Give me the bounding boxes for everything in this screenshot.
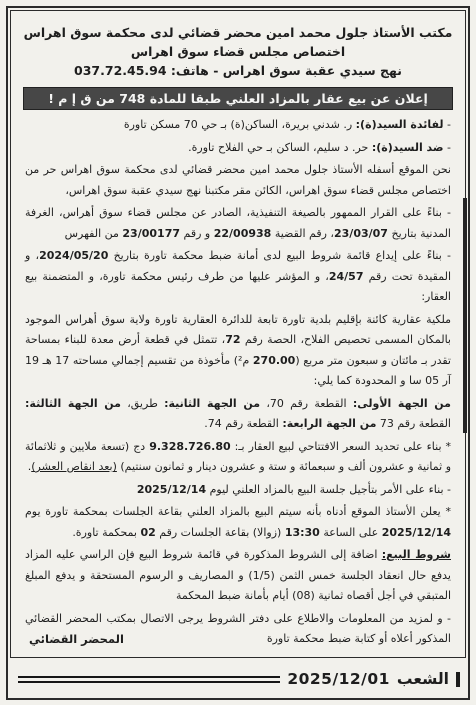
paragraph-bailiff-intro: نحن الموقع أسفله الأستاذ جلول محمد امين … xyxy=(25,160,451,201)
notice-body: - لفائدة السيد(ة): ر. شدني بريرة، الساكن… xyxy=(21,115,455,650)
outer-frame: مكتب الأستاذ جلول محمد امين محضر قضائي ل… xyxy=(6,6,470,700)
paragraph-judgment: - بناءً على القرار الممهور بالصيغة التنف… xyxy=(25,203,451,244)
paragraph-boundaries: من الجهة الأولى: القطعة رقم 70، من الجهة… xyxy=(25,394,451,435)
footer: الشعب 2025/12/01 xyxy=(18,668,460,690)
paragraph-opening-price: * بناء على تحديد السعر الافتتاحي لبيع ال… xyxy=(25,437,451,478)
scanned-legal-notice: { "colors": { "paper": "#f2f1ec", "ink":… xyxy=(0,0,476,705)
notice-title-banner: إعلان عن بيع عقار بالمزاد العلني طبقا لل… xyxy=(23,87,453,110)
scan-artifact-bar xyxy=(463,198,467,433)
paragraph-postponement-order: - بناء على الأمر بتأجيل جلسة البيع بالمز… xyxy=(25,480,451,501)
office-address-phone: نهج سيدي عقبة سوق اهراس - هاتف: 037.72.4… xyxy=(21,61,455,80)
paragraph-auction-announcement: * يعلن الأستاذ الموقع أدناه بأنه سيتم ال… xyxy=(25,502,451,543)
notice-header: مكتب الأستاذ جلول محمد امين محضر قضائي ل… xyxy=(21,23,455,80)
paragraph-defendant: - ضد السيد(ة): حر. د سليم، الساكن بـ حي … xyxy=(25,138,451,159)
publication-date: 2025/12/01 xyxy=(287,670,390,688)
paragraph-beneficiary: - لفائدة السيد(ة): ر. شدني بريرة، الساكن… xyxy=(25,115,451,136)
paragraph-property-description: ملكية عقارية كائنة بإقليم بلدية تاورة تا… xyxy=(25,310,451,392)
newspaper-name: الشعب xyxy=(397,670,449,688)
office-jurisdiction: اختصاص مجلس قضاء سوق اهراس xyxy=(21,42,455,61)
footer-double-rule xyxy=(18,676,280,683)
paragraph-conditions-deposit: - بناءً على إيداع قائمة شروط البيع لدى أ… xyxy=(25,246,451,308)
paragraph-sale-conditions: شروط البيع: اضافة إلى الشروط المذكورة في… xyxy=(25,545,451,607)
footer-corner-tick xyxy=(456,672,460,687)
office-title: مكتب الأستاذ جلول محمد امين محضر قضائي ل… xyxy=(21,23,455,42)
paper-background: مكتب الأستاذ جلول محمد امين محضر قضائي ل… xyxy=(0,0,476,705)
inner-frame: مكتب الأستاذ جلول محمد امين محضر قضائي ل… xyxy=(10,10,466,658)
